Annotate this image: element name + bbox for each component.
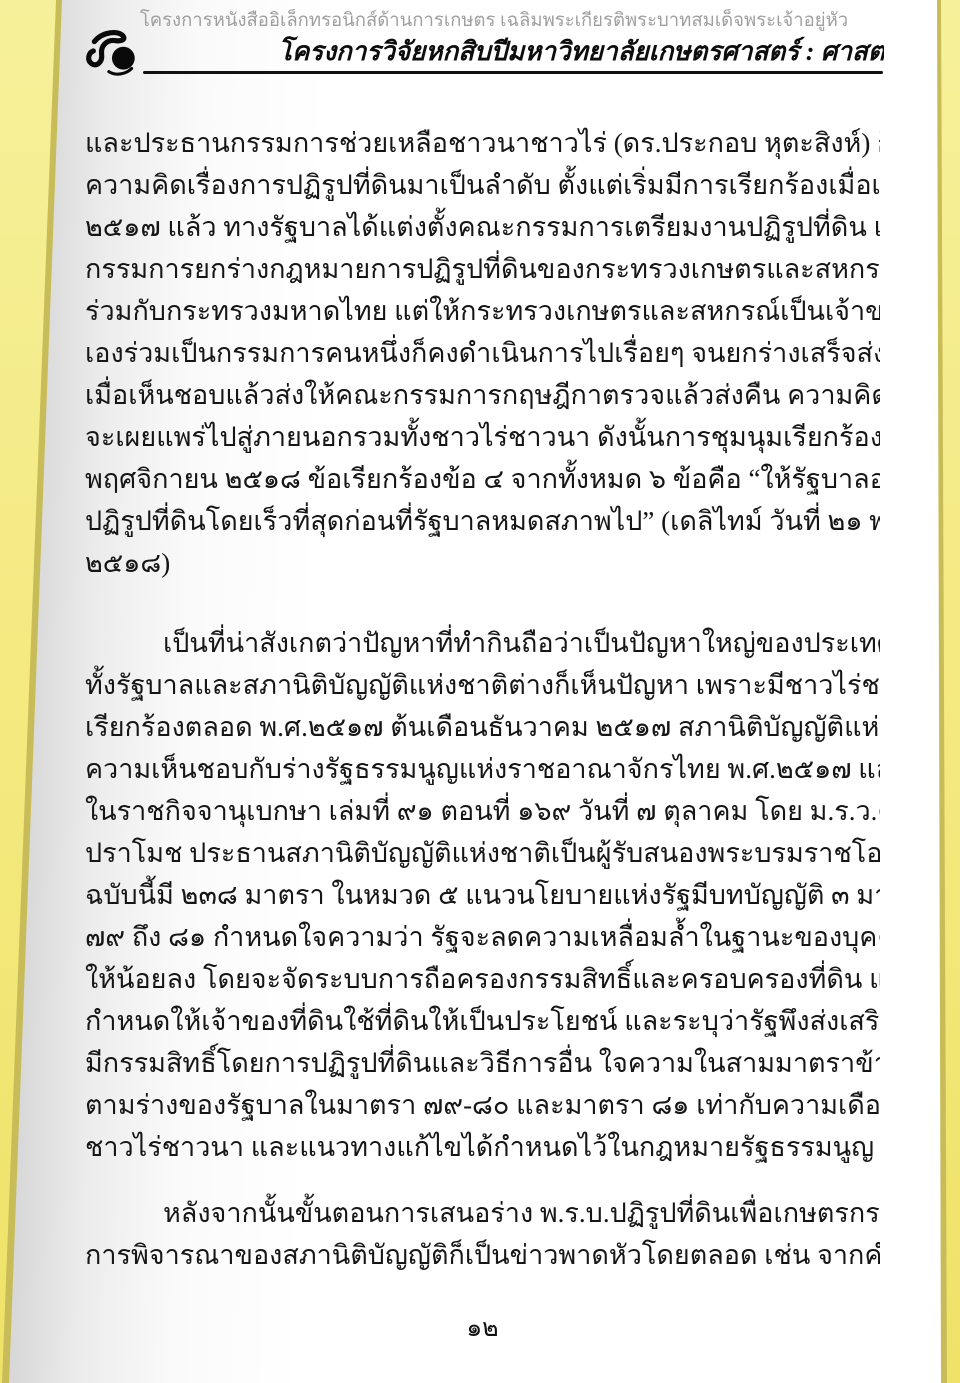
text-line: ปราโมช ประธานสภานิติบัญญัติแห่งชาติเป็นผ… (85, 832, 880, 874)
paragraph-1: และประธานกรรมการช่วยเหลือชาวนาชาวไร่ (ดร… (85, 122, 880, 584)
header-rule (143, 71, 883, 74)
text-line: มีกรรมสิทธิ์โดยการปฏิรูปที่ดินและวิธีการ… (85, 1042, 880, 1084)
text-line: ทั้งรัฐบาลและสภานิติบัญญัติแห่งชาติต่างก… (85, 664, 880, 706)
text-line: เป็นที่น่าสังเกตว่าปัญหาที่ทำกินถือว่าเป… (85, 622, 880, 664)
text-line: เองร่วมเป็นกรรมการคนหนึ่งก็คงดำเนินการไป… (85, 332, 880, 374)
text-line: และประธานกรรมการช่วยเหลือชาวนาชาวไร่ (ดร… (85, 122, 880, 164)
page-sheet: โครงการหนังสืออิเล็กทรอนิกส์ด้านการเกษตร… (0, 0, 960, 1383)
text-line: ในราชกิจจานุเบกษา เล่มที่ ๙๑ ตอนที่ ๑๖๙ … (85, 790, 880, 832)
text-line: ตามร่างของรัฐบาลในมาตรา ๗๙-๘๐ และมาตรา ๘… (85, 1084, 880, 1126)
header-project-line: โครงการหนังสืออิเล็กทรอนิกส์ด้านการเกษตร… (128, 9, 860, 33)
text-line: เรียกร้องตลอด พ.ศ.๒๕๑๗ ต้นเดือนธันวาคม ๒… (85, 706, 880, 748)
page-number: ๑๒ (85, 1308, 880, 1348)
text-line: ชาวไร่ชาวนา และแนวทางแก้ไขได้กำหนดไว้ในก… (85, 1126, 880, 1168)
text-line: พฤศจิกายน ๒๕๑๘ ข้อเรียกร้องข้อ ๔ จากทั้ง… (85, 458, 880, 500)
text-line: จะเผยแพร่ไปสู่ภายนอกรวมทั้งชาวไร่ชาวนา ด… (85, 416, 880, 458)
text-line: ร่วมกับกระทรวงมหาดไทย แต่ให้กระทรวงเกษตร… (85, 290, 880, 332)
text-line: การพิจารณาของสภานิติบัญญัติก็เป็นข่าวพาด… (85, 1234, 880, 1276)
paragraph-3: หลังจากนั้นขั้นตอนการเสนอร่าง พ.ร.บ.ปฏิร… (85, 1192, 880, 1276)
text-line: กำหนดให้เจ้าของที่ดินใช้ที่ดินให้เป็นประ… (85, 1000, 880, 1042)
text-line: ปฏิรูปที่ดินโดยเร็วที่สุดก่อนที่รัฐบาลหม… (85, 500, 880, 542)
text-line: ๒๕๑๘) (85, 542, 880, 584)
text-line: ฉบับนี้มี ๒๓๘ มาตรา ในหมวด ๕ แนวนโยบายแห… (85, 874, 880, 916)
text-line: หลังจากนั้นขั้นตอนการเสนอร่าง พ.ร.บ.ปฏิร… (85, 1192, 880, 1234)
header-series-line: โครงการวิจัยหกสิบปีมหาวิทยาลัยเกษตรศาสตร… (278, 33, 884, 71)
ku-60-logo-icon (84, 27, 142, 79)
text-line: กรรมการยกร่างกฎหมายการปฏิรูปที่ดินของกระ… (85, 248, 880, 290)
text-line: ๗๙ ถึง ๘๑ กำหนดใจความว่า รัฐจะลดความเหลื… (85, 916, 880, 958)
text-line: ความคิดเรื่องการปฏิรูปที่ดินมาเป็นลำดับ … (85, 164, 880, 206)
text-line: ให้น้อยลง โดยจะจัดระบบการถือครองกรรมสิทธ… (85, 958, 880, 1000)
paragraph-2: เป็นที่น่าสังเกตว่าปัญหาที่ทำกินถือว่าเป… (85, 622, 880, 1168)
text-line: ความเห็นชอบกับร่างรัฐธรรมนูญแห่งราชอาณาจ… (85, 748, 880, 790)
text-line: ๒๕๑๗ แล้ว ทางรัฐบาลได้แต่งตั้งคณะกรรมการ… (85, 206, 880, 248)
text-line: เมื่อเห็นชอบแล้วส่งให้คณะกรรมการกฤษฎีกาต… (85, 374, 880, 416)
